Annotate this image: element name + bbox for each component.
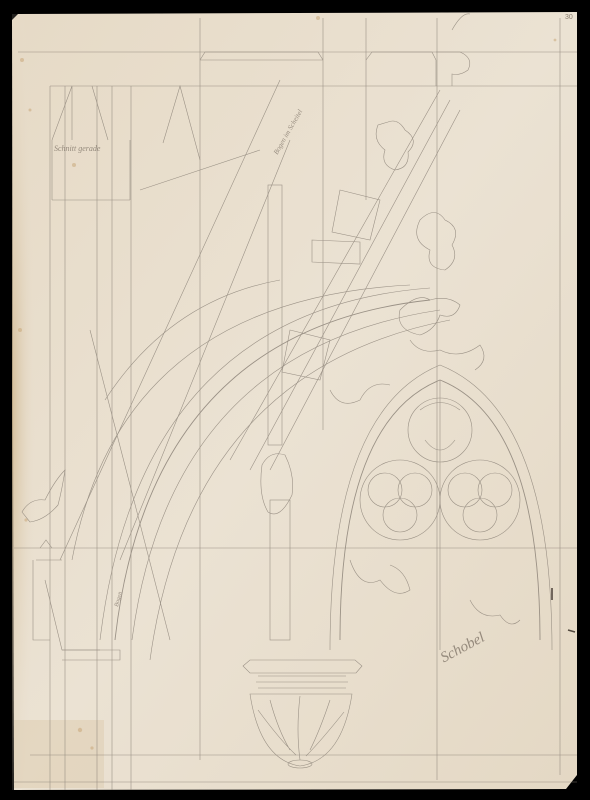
sheet-number: 30 <box>565 14 573 21</box>
annotation-section-label: Schnitt gerade <box>54 144 100 153</box>
drawing-sheet: Schnitt gerade Bogen im Scheitel Schobel… <box>0 0 590 800</box>
